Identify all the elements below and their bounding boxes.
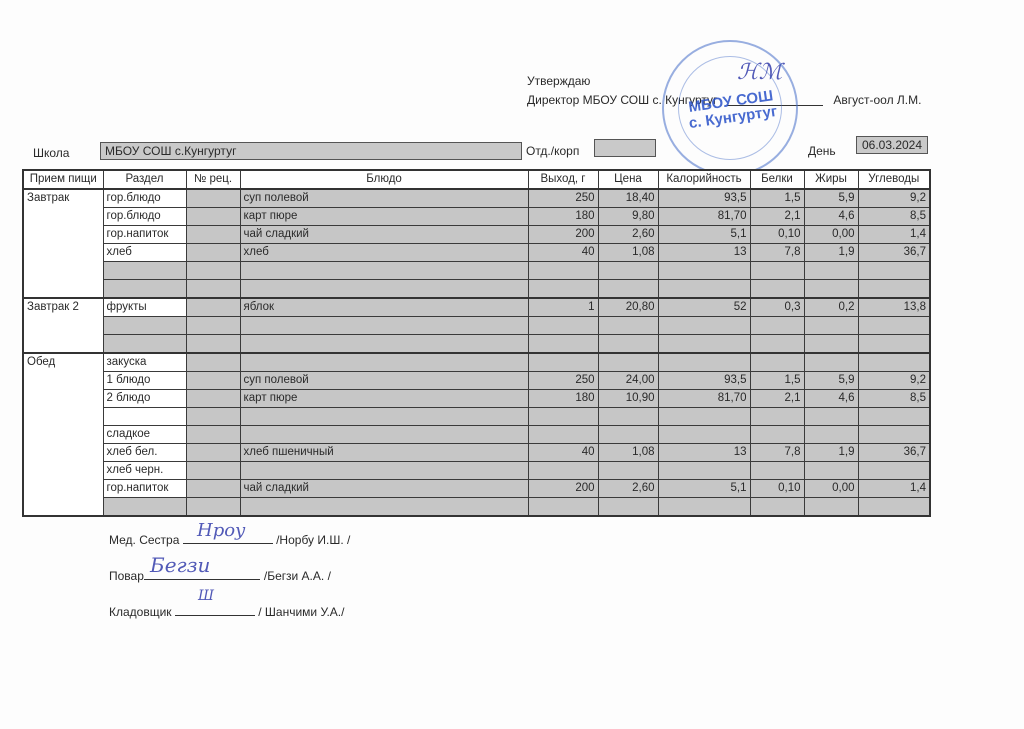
calories-cell[interactable]: 5,1 (658, 480, 750, 498)
price-cell[interactable]: 2,60 (598, 226, 658, 244)
dish-cell[interactable] (240, 408, 528, 426)
storekeeper-signature: Ш (198, 588, 214, 604)
section-cell[interactable] (103, 280, 186, 299)
fat-cell[interactable]: 1,9 (804, 244, 858, 262)
fat-cell[interactable]: 5,9 (804, 372, 858, 390)
col-carbs: Углеводы (858, 170, 930, 189)
fat-cell[interactable] (804, 280, 858, 299)
table-row (23, 335, 930, 354)
section-cell[interactable]: гор.напиток (103, 480, 186, 498)
protein-cell[interactable] (750, 498, 804, 517)
protein-cell[interactable] (750, 262, 804, 280)
director-name: Август-оол Л.М. (833, 93, 921, 107)
dish-cell[interactable]: яблок (240, 298, 528, 317)
price-cell[interactable] (598, 426, 658, 444)
table-row (23, 262, 930, 280)
protein-cell[interactable]: 1,5 (750, 372, 804, 390)
price-cell[interactable]: 9,80 (598, 208, 658, 226)
section-cell[interactable]: хлеб черн. (103, 462, 186, 480)
protein-cell[interactable] (750, 317, 804, 335)
recipe-cell[interactable] (186, 317, 240, 335)
meal-name-cell: Завтрак 2 (23, 298, 103, 353)
school-field[interactable]: МБОУ СОШ с.Кунгуртуг (100, 142, 522, 160)
fat-cell[interactable]: 5,9 (804, 189, 858, 208)
recipe-cell[interactable] (186, 498, 240, 517)
nurse-signature: Нроу (197, 520, 246, 541)
fat-cell[interactable]: 0,00 (804, 480, 858, 498)
price-cell[interactable]: 18,40 (598, 189, 658, 208)
recipe-cell[interactable] (186, 480, 240, 498)
col-yield: Выход, г (528, 170, 598, 189)
recipe-cell[interactable] (186, 189, 240, 208)
meal-name-cell: Обед (23, 353, 103, 516)
section-cell[interactable]: хлеб (103, 244, 186, 262)
carbs-cell[interactable]: 8,5 (858, 390, 930, 408)
dish-cell[interactable]: суп полевой (240, 189, 528, 208)
carbs-cell[interactable]: 36,7 (858, 244, 930, 262)
recipe-cell[interactable] (186, 298, 240, 317)
cook-signature-line (144, 579, 260, 580)
calories-cell[interactable]: 93,5 (658, 189, 750, 208)
section-cell[interactable]: гор.блюдо (103, 189, 186, 208)
carbs-cell[interactable] (858, 353, 930, 372)
yield-cell[interactable] (528, 280, 598, 299)
protein-cell[interactable] (750, 335, 804, 354)
calories-cell[interactable] (658, 353, 750, 372)
signature-row-cook: Повар/Бегзи А.А. / (109, 569, 331, 583)
carbs-cell[interactable]: 1,4 (858, 480, 930, 498)
dish-cell[interactable] (240, 317, 528, 335)
yield-cell[interactable]: 200 (528, 226, 598, 244)
dish-cell[interactable] (240, 262, 528, 280)
table-row: хлебхлеб401,08137,81,936,7 (23, 244, 930, 262)
carbs-cell[interactable] (858, 262, 930, 280)
cook-signature: Бегзи (150, 553, 210, 577)
yield-cell[interactable] (528, 317, 598, 335)
protein-cell[interactable]: 7,8 (750, 444, 804, 462)
dish-cell[interactable] (240, 498, 528, 517)
cook-role: Повар (109, 569, 144, 583)
calories-cell[interactable] (658, 335, 750, 354)
cook-name: /Бегзи А.А. / (264, 569, 331, 583)
table-row: 1 блюдосуп полевой25024,0093,51,55,99,2 (23, 372, 930, 390)
dish-cell[interactable] (240, 280, 528, 299)
table-row: Завтрак 2фруктыяблок120,80520,30,213,8 (23, 298, 930, 317)
carbs-cell[interactable]: 9,2 (858, 372, 930, 390)
table-row: хлеб бел.хлеб пшеничный401,08137,81,936,… (23, 444, 930, 462)
recipe-cell[interactable] (186, 226, 240, 244)
col-fat: Жиры (804, 170, 858, 189)
dish-cell[interactable]: карт пюре (240, 208, 528, 226)
section-cell[interactable]: закуска (103, 353, 186, 372)
calories-cell[interactable] (658, 317, 750, 335)
yield-cell[interactable] (528, 462, 598, 480)
protein-cell[interactable]: 0,10 (750, 226, 804, 244)
section-cell[interactable] (103, 498, 186, 517)
calories-cell[interactable]: 13 (658, 244, 750, 262)
protein-cell[interactable] (750, 408, 804, 426)
dept-label: Отд./корп (526, 144, 579, 158)
recipe-cell[interactable] (186, 372, 240, 390)
carbs-cell[interactable]: 9,2 (858, 189, 930, 208)
dish-cell[interactable]: чай сладкий (240, 480, 528, 498)
storekeeper-role: Кладовщик (109, 605, 172, 619)
col-recipe: № рец. (186, 170, 240, 189)
table-row: Завтракгор.блюдосуп полевой25018,4093,51… (23, 189, 930, 208)
carbs-cell[interactable] (858, 408, 930, 426)
calories-cell[interactable] (658, 280, 750, 299)
recipe-cell[interactable] (186, 244, 240, 262)
fat-cell[interactable]: 4,6 (804, 390, 858, 408)
protein-cell[interactable] (750, 426, 804, 444)
fat-cell[interactable] (804, 426, 858, 444)
protein-cell[interactable]: 7,8 (750, 244, 804, 262)
yield-cell[interactable] (528, 408, 598, 426)
yield-cell[interactable] (528, 353, 598, 372)
calories-cell[interactable] (658, 262, 750, 280)
recipe-cell[interactable] (186, 462, 240, 480)
recipe-cell[interactable] (186, 390, 240, 408)
carbs-cell[interactable] (858, 462, 930, 480)
table-row: гор.напитокчай сладкий2002,605,10,100,00… (23, 226, 930, 244)
table-header-row: Прием пищи Раздел № рец. Блюдо Выход, г … (23, 170, 930, 189)
fat-cell[interactable] (804, 317, 858, 335)
recipe-cell[interactable] (186, 280, 240, 299)
col-meal: Прием пищи (23, 170, 103, 189)
calories-cell[interactable]: 81,70 (658, 208, 750, 226)
carbs-cell[interactable] (858, 498, 930, 517)
protein-cell[interactable]: 2,1 (750, 208, 804, 226)
stamp-text: МБОУ СОШ с. Кунгуртуг (682, 87, 782, 132)
price-cell[interactable] (598, 262, 658, 280)
fat-cell[interactable] (804, 353, 858, 372)
price-cell[interactable] (598, 335, 658, 354)
col-price: Цена (598, 170, 658, 189)
col-dish: Блюдо (240, 170, 528, 189)
price-cell[interactable]: 24,00 (598, 372, 658, 390)
section-cell[interactable]: 2 блюдо (103, 390, 186, 408)
col-calories: Калорийность (658, 170, 750, 189)
price-cell[interactable] (598, 280, 658, 299)
dish-cell[interactable] (240, 426, 528, 444)
fat-cell[interactable] (804, 498, 858, 517)
menu-table: Прием пищи Раздел № рец. Блюдо Выход, г … (22, 169, 931, 517)
yield-cell[interactable]: 1 (528, 298, 598, 317)
table-row (23, 408, 930, 426)
yield-cell[interactable]: 250 (528, 189, 598, 208)
fat-cell[interactable] (804, 262, 858, 280)
table-row: 2 блюдокарт пюре18010,9081,702,14,68,5 (23, 390, 930, 408)
section-cell[interactable] (103, 317, 186, 335)
section-cell[interactable] (103, 335, 186, 354)
fat-cell[interactable]: 0,2 (804, 298, 858, 317)
calories-cell[interactable] (658, 408, 750, 426)
carbs-cell[interactable] (858, 426, 930, 444)
meal-name-cell: Завтрак (23, 189, 103, 298)
protein-cell[interactable]: 0,3 (750, 298, 804, 317)
yield-cell[interactable] (528, 335, 598, 354)
protein-cell[interactable]: 2,1 (750, 390, 804, 408)
table-row: сладкое (23, 426, 930, 444)
section-cell[interactable]: хлеб бел. (103, 444, 186, 462)
fat-cell[interactable] (804, 462, 858, 480)
price-cell[interactable]: 10,90 (598, 390, 658, 408)
school-stamp: МБОУ СОШ с. Кунгуртуг (662, 40, 798, 176)
fat-cell[interactable]: 1,9 (804, 444, 858, 462)
yield-cell[interactable]: 180 (528, 390, 598, 408)
calories-cell[interactable] (658, 498, 750, 517)
calories-cell[interactable] (658, 462, 750, 480)
nurse-signature-line (183, 543, 273, 544)
signature-row-storekeeper: Кладовщик / Шанчими У.А./ (109, 605, 344, 619)
recipe-cell[interactable] (186, 426, 240, 444)
price-cell[interactable] (598, 462, 658, 480)
school-label: Школа (33, 146, 69, 160)
dish-cell[interactable] (240, 462, 528, 480)
dish-cell[interactable]: хлеб пшеничный (240, 444, 528, 462)
carbs-cell[interactable]: 8,5 (858, 208, 930, 226)
recipe-cell[interactable] (186, 335, 240, 354)
carbs-cell[interactable] (858, 335, 930, 354)
yield-cell[interactable]: 250 (528, 372, 598, 390)
day-label: День (808, 144, 836, 158)
price-cell[interactable]: 1,08 (598, 244, 658, 262)
protein-cell[interactable]: 0,10 (750, 480, 804, 498)
price-cell[interactable] (598, 498, 658, 517)
section-cell[interactable]: сладкое (103, 426, 186, 444)
price-cell[interactable] (598, 408, 658, 426)
protein-cell[interactable]: 1,5 (750, 189, 804, 208)
yield-cell[interactable]: 40 (528, 444, 598, 462)
section-cell[interactable] (103, 408, 186, 426)
table-row: хлеб черн. (23, 462, 930, 480)
table-row (23, 498, 930, 517)
nurse-name: /Норбу И.Ш. / (276, 533, 350, 547)
col-protein: Белки (750, 170, 804, 189)
calories-cell[interactable]: 5,1 (658, 226, 750, 244)
dish-cell[interactable] (240, 353, 528, 372)
storekeeper-name: / Шанчими У.А./ (258, 605, 344, 619)
carbs-cell[interactable] (858, 317, 930, 335)
section-cell[interactable]: 1 блюдо (103, 372, 186, 390)
recipe-cell[interactable] (186, 353, 240, 372)
section-cell[interactable]: гор.блюдо (103, 208, 186, 226)
section-cell[interactable]: фрукты (103, 298, 186, 317)
section-cell[interactable]: гор.напиток (103, 226, 186, 244)
yield-cell[interactable]: 40 (528, 244, 598, 262)
price-cell[interactable]: 2,60 (598, 480, 658, 498)
calories-cell[interactable]: 93,5 (658, 372, 750, 390)
dept-field[interactable] (594, 139, 656, 157)
price-cell[interactable]: 20,80 (598, 298, 658, 317)
fat-cell[interactable] (804, 408, 858, 426)
protein-cell[interactable] (750, 353, 804, 372)
table-row: Обедзакуска (23, 353, 930, 372)
day-field[interactable]: 06.03.2024 (856, 136, 928, 154)
carbs-cell[interactable]: 1,4 (858, 226, 930, 244)
carbs-cell[interactable]: 36,7 (858, 444, 930, 462)
price-cell[interactable] (598, 317, 658, 335)
recipe-cell[interactable] (186, 262, 240, 280)
fat-cell[interactable]: 4,6 (804, 208, 858, 226)
recipe-cell[interactable] (186, 444, 240, 462)
nurse-role: Мед. Сестра (109, 533, 179, 547)
table-row: гор.блюдокарт пюре1809,8081,702,14,68,5 (23, 208, 930, 226)
menu-body: Завтракгор.блюдосуп полевой25018,4093,51… (23, 189, 930, 516)
yield-cell[interactable] (528, 426, 598, 444)
protein-cell[interactable] (750, 280, 804, 299)
recipe-cell[interactable] (186, 408, 240, 426)
calories-cell[interactable]: 13 (658, 444, 750, 462)
storekeeper-signature-line (175, 615, 255, 616)
protein-cell[interactable] (750, 462, 804, 480)
recipe-cell[interactable] (186, 208, 240, 226)
dish-cell[interactable]: чай сладкий (240, 226, 528, 244)
dish-cell[interactable]: карт пюре (240, 390, 528, 408)
table-row: гор.напитокчай сладкий2002,605,10,100,00… (23, 480, 930, 498)
yield-cell[interactable] (528, 262, 598, 280)
fat-cell[interactable]: 0,00 (804, 226, 858, 244)
calories-cell[interactable] (658, 426, 750, 444)
dish-cell[interactable] (240, 335, 528, 354)
carbs-cell[interactable] (858, 280, 930, 299)
yield-cell[interactable]: 180 (528, 208, 598, 226)
col-section: Раздел (103, 170, 186, 189)
yield-cell[interactable]: 200 (528, 480, 598, 498)
yield-cell[interactable] (528, 498, 598, 517)
price-cell[interactable] (598, 353, 658, 372)
price-cell[interactable]: 1,08 (598, 444, 658, 462)
fat-cell[interactable] (804, 335, 858, 354)
section-cell[interactable] (103, 262, 186, 280)
table-row (23, 317, 930, 335)
carbs-cell[interactable]: 13,8 (858, 298, 930, 317)
calories-cell[interactable]: 52 (658, 298, 750, 317)
dish-cell[interactable]: суп полевой (240, 372, 528, 390)
dish-cell[interactable]: хлеб (240, 244, 528, 262)
table-row (23, 280, 930, 299)
calories-cell[interactable]: 81,70 (658, 390, 750, 408)
